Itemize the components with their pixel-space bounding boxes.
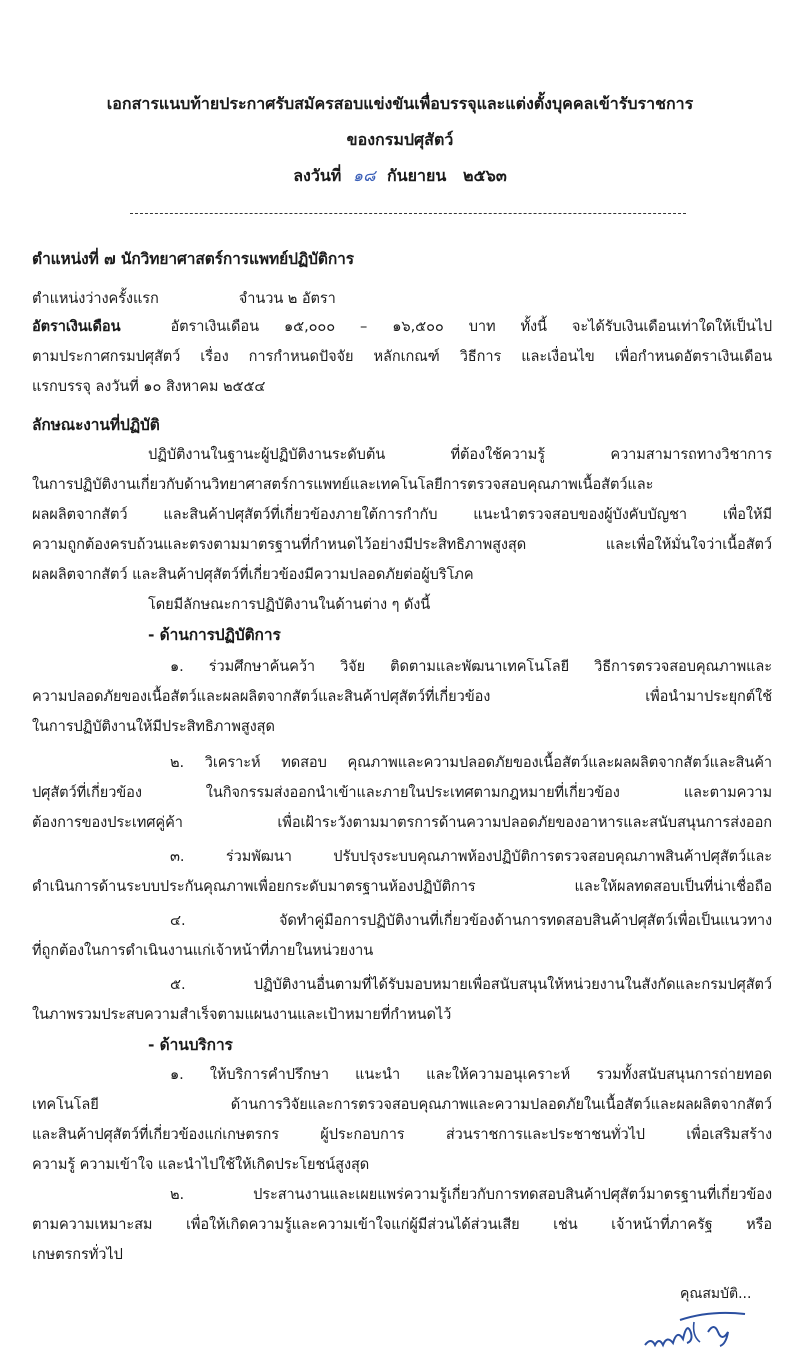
duties-intro-line: ผลผลิตจากสัตว์ และสินค้าปศุสัตว์ที่เกี่ย…	[32, 564, 772, 586]
services-item-1: ๑. ให้บริการคำปรึกษา แนะนำ และให้ความอนุ…	[170, 1064, 772, 1086]
operations-item-2: ๒. วิเคราะห์ ทดสอบ คุณภาพและความปลอดภัยข…	[170, 752, 772, 774]
operations-item-1: ๑. ร่วมศึกษาค้นคว้า วิจัย ติดตามและพัฒนา…	[170, 656, 772, 678]
date-prefix: ลงวันที่	[293, 166, 341, 185]
vacancy-count: จำนวน ๒ อัตรา	[239, 290, 336, 307]
document-title-line1: เอกสารแนบท้ายประกาศรับสมัครสอบแข่งขันเพื…	[0, 92, 800, 117]
operations-heading: - ด้านการปฏิบัติการ	[148, 624, 772, 646]
services-item-2: ตามความเหมาะสม เพื่อให้เกิดความรู้และควา…	[32, 1214, 772, 1236]
services-item-2: ๒. ประสานงานและเผยแพร่ความรู้เกี่ยวกับกา…	[170, 1184, 772, 1206]
duties-heading: ลักษณะงานที่ปฏิบัติ	[32, 414, 772, 436]
date-month: กันยายน	[387, 166, 446, 185]
duties-intro-line: ความถูกต้องครบถ้วนและตรงตามมาตรฐานที่กำห…	[32, 534, 772, 556]
services-item-2: เกษตรกรทั่วไป	[32, 1244, 772, 1266]
services-heading: - ด้านบริการ	[148, 1034, 772, 1056]
operations-item-1: ความปลอดภัยของเนื้อสัตว์และผลผลิตจากสัตว…	[32, 686, 772, 708]
salary-line2: ตามประกาศกรมปศุสัตว์ เรื่อง การกำหนดปัจจ…	[32, 346, 772, 368]
vacancy-line: ตำแหน่งว่างครั้งแรกจำนวน ๒ อัตรา	[32, 288, 772, 310]
date-year: ๒๕๖๓	[463, 166, 507, 185]
operations-item-4: ที่ถูกต้องในการดำเนินงานแก่เจ้าหน้าที่ภา…	[32, 940, 772, 962]
operations-item-2: ต้องการของประเทศคู่ค้า เพื่อเฝ้าระวังตาม…	[32, 812, 772, 834]
vacancy-label: ตำแหน่งว่างครั้งแรก	[32, 290, 159, 307]
operations-item-1: ในการปฏิบัติงานให้มีประสิทธิภาพสูงสุด	[32, 716, 772, 738]
document-date: ลงวันที่ ๑๘ กันยายน ๒๕๖๓	[0, 164, 800, 189]
operations-item-5: ในภาพรวมประสบความสำเร็จตามแผนงานและเป้าห…	[32, 1004, 772, 1026]
salary-line1: อัตราเงินเดือน อัตราเงินเดือน ๑๕,๐๐๐ – ๑…	[32, 316, 772, 338]
document-title-line2: ของกรมปศุสัตว์	[0, 128, 800, 153]
document-page: เอกสารแนบท้ายประกาศรับสมัครสอบแข่งขันเพื…	[0, 0, 800, 1366]
services-item-1: ความรู้ ความเข้าใจ และนำไปใช้ให้เกิดประโ…	[32, 1154, 772, 1176]
duties-intro-line: ในการปฏิบัติงานเกี่ยวกับด้านวิทยาศาสตร์ก…	[32, 474, 772, 496]
services-item-1: เทคโนโลยี ด้านการวิจัยและการตรวจสอบคุณภา…	[32, 1094, 772, 1116]
areas-intro: โดยมีลักษณะการปฏิบัติงานในด้านต่าง ๆ ดัง…	[148, 594, 772, 616]
duties-intro-line: ปฏิบัติงานในฐานะผู้ปฏิบัติงานระดับต้น ที…	[148, 444, 772, 466]
operations-item-2: ปศุสัตว์ที่เกี่ยวข้อง ในกิจกรรมส่งออกนำเ…	[32, 782, 772, 804]
services-item-1: และสินค้าปศุสัตว์ที่เกี่ยวข้องแก่เกษตรกร…	[32, 1124, 772, 1146]
position-heading: ตำแหน่งที่ ๗ นักวิทยาศาสตร์การแพทย์ปฏิบั…	[32, 248, 772, 270]
operations-item-3: ๓. ร่วมพัฒนา ปรับปรุงระบบคุณภาพห้องปฏิบั…	[170, 846, 772, 868]
header-divider	[130, 213, 686, 214]
salary-label: อัตราเงินเดือน	[32, 318, 120, 335]
duties-intro-line: ผลผลิตจากสัตว์ และสินค้าปศุสัตว์ที่เกี่ย…	[32, 504, 772, 526]
operations-item-3: ดำเนินการด้านระบบประกันคุณภาพเพื่อยกระดั…	[32, 876, 772, 898]
signature-icon	[640, 1300, 780, 1360]
operations-item-4: ๔. จัดทำคู่มือการปฏิบัติงานที่เกี่ยวข้อง…	[170, 910, 772, 932]
operations-item-5: ๕. ปฏิบัติงานอื่นตามที่ได้รับมอบหมายเพื่…	[170, 974, 772, 996]
salary-line3: แรกบรรจุ ลงวันที่ ๑๐ สิงหาคม ๒๕๕๔	[32, 376, 772, 398]
date-day: ๑๘	[347, 166, 382, 185]
